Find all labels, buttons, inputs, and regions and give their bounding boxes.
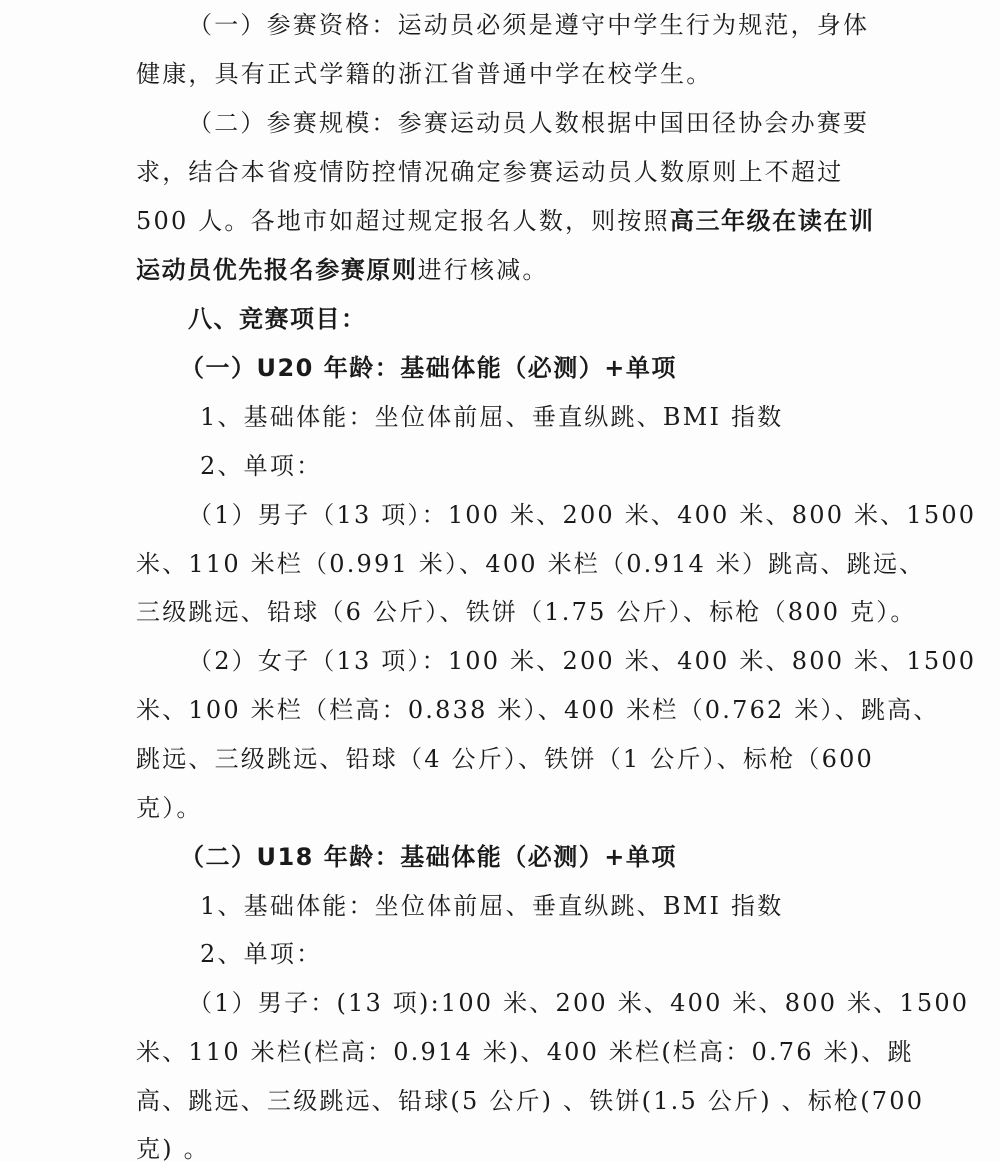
u20-men-line-1: （1）男子（13 项）：100 米、200 米、400 米、800 米、1500 <box>188 500 928 530</box>
u20-men-line-2: 米、110 米栏（0.991 米）、400 米栏（0.914 米）跳高、跳远、 <box>136 549 876 579</box>
u18-single-events-label: 2、单项： <box>200 939 940 969</box>
scale-line-3: 500 人。各地市如超过规定报名人数，则按照高三年级在读在训 <box>136 206 876 236</box>
u18-men-line-2: 米、110 米栏(栏高：0.914 米)、400 米栏(栏高：0.76 米)、跳 <box>136 1037 876 1067</box>
document-page: （一）参赛资格：运动员必须是遵守中学生行为规范，身体 健康，具有正式学籍的浙江省… <box>0 0 1000 1162</box>
scale-line-2: 求，结合本省疫情防控情况确定参赛运动员人数原则上不超过 <box>136 157 876 187</box>
u20-women-line-4: 克）。 <box>136 793 876 823</box>
u20-women-line-2: 米、100 米栏（栏高：0.838 米）、400 米栏（0.762 米）、跳高、 <box>136 695 876 725</box>
scale-line-4: 运动员优先报名参赛原则进行核减。 <box>136 255 876 285</box>
u18-men-line-1: （1）男子：(13 项):100 米、200 米、400 米、800 米、150… <box>188 988 928 1018</box>
section-heading-competition-events: 八、竞赛项目： <box>188 304 928 334</box>
u20-basic-fitness: 1、基础体能：坐位体前屈、垂直纵跳、BMI 指数 <box>200 402 940 432</box>
u20-women-line-1: （2）女子（13 项）：100 米、200 米、400 米、800 米、1500 <box>188 646 928 676</box>
scale-line-4-bold: 运动员优先报名参赛原则 <box>136 256 418 284</box>
eligibility-line-1: （一）参赛资格：运动员必须是遵守中学生行为规范，身体 <box>188 10 928 40</box>
u18-heading: （二）U18 年龄：基础体能（必测）+单项 <box>180 842 920 872</box>
scale-line-3-bold: 高三年级在读在训 <box>670 207 875 235</box>
u18-basic-fitness: 1、基础体能：坐位体前屈、垂直纵跳、BMI 指数 <box>200 891 940 921</box>
scale-line-1: （二）参赛规模：参赛运动员人数根据中国田径协会办赛要 <box>188 108 928 138</box>
u18-men-line-3: 高、跳远、三级跳远、铅球(5 公斤) 、铁饼(1.5 公斤) 、标枪(700 <box>136 1086 876 1116</box>
scale-line-3-text: 500 人。各地市如超过规定报名人数，则按照 <box>136 207 670 235</box>
scale-line-4-text: 进行核减。 <box>418 256 549 284</box>
u20-men-line-3: 三级跳远、铅球（6 公斤）、铁饼（1.75 公斤）、标枪（800 克）。 <box>136 597 876 627</box>
eligibility-line-2: 健康，具有正式学籍的浙江省普通中学在校学生。 <box>136 59 876 89</box>
u20-single-events-label: 2、单项： <box>200 451 940 481</box>
u20-heading: （一）U20 年龄：基础体能（必测）+单项 <box>180 353 920 383</box>
u18-men-line-4: 克) 。 <box>136 1134 876 1162</box>
u20-women-line-3: 跳远、三级跳远、铅球（4 公斤）、铁饼（1 公斤）、标枪（600 <box>136 744 876 774</box>
